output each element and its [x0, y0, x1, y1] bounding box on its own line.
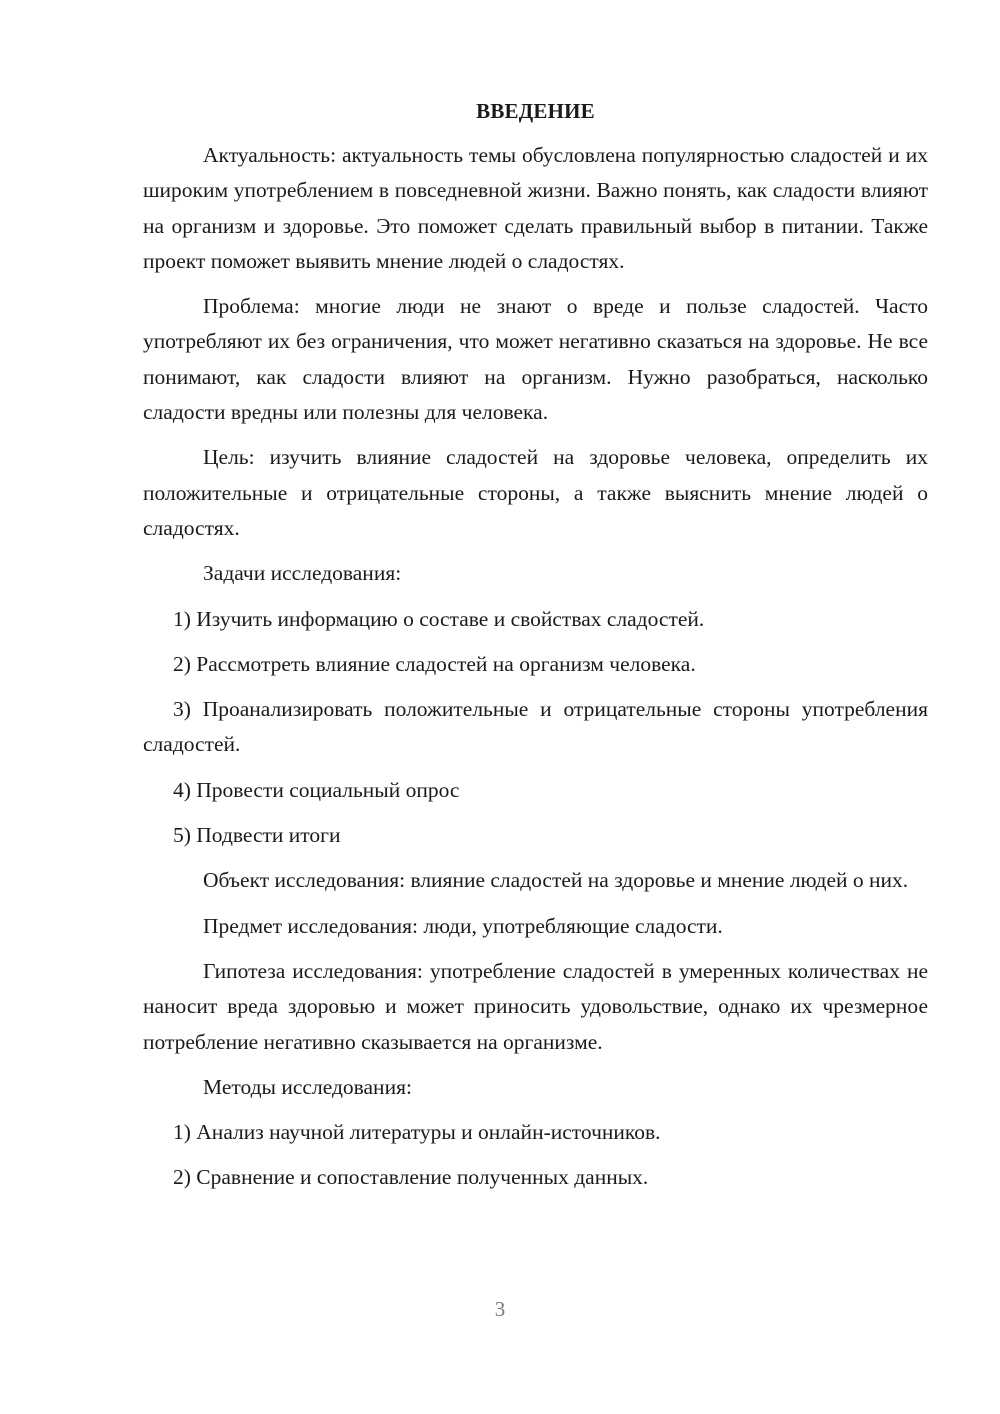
section-title: ВВЕДЕНИЕ — [143, 96, 928, 126]
paragraph-object: Объект исследования: влияние сладостей н… — [143, 863, 928, 898]
method-item: 1) Анализ научной литературы и онлайн-ис… — [143, 1115, 928, 1150]
paragraph-problem: Проблема: многие люди не знают о вреде и… — [143, 289, 928, 430]
task-item: 3) Проанализировать положительные и отри… — [143, 692, 928, 763]
task-item: 4) Провести социальный опрос — [143, 773, 928, 808]
task-item: 1) Изучить информацию о составе и свойст… — [143, 602, 928, 637]
page-number: 3 — [0, 1297, 1000, 1322]
paragraph-hypothesis: Гипотеза исследования: употребление слад… — [143, 954, 928, 1060]
methods-list: 1) Анализ научной литературы и онлайн-ис… — [143, 1115, 928, 1196]
tasks-list: 1) Изучить информацию о составе и свойст… — [143, 602, 928, 854]
document-page: ВВЕДЕНИЕ Актуальность: актуальность темы… — [143, 96, 928, 1206]
methods-heading: Методы исследования: — [143, 1070, 928, 1105]
paragraph-subject: Предмет исследования: люди, употребляющи… — [143, 909, 928, 944]
paragraph-goal: Цель: изучить влияние сладостей на здоро… — [143, 440, 928, 546]
tasks-heading: Задачи исследования: — [143, 556, 928, 591]
paragraph-relevance: Актуальность: актуальность темы обусловл… — [143, 138, 928, 279]
method-item: 2) Сравнение и сопоставление полученных … — [143, 1160, 928, 1195]
task-item: 5) Подвести итоги — [143, 818, 928, 853]
task-item: 2) Рассмотреть влияние сладостей на орга… — [143, 647, 928, 682]
